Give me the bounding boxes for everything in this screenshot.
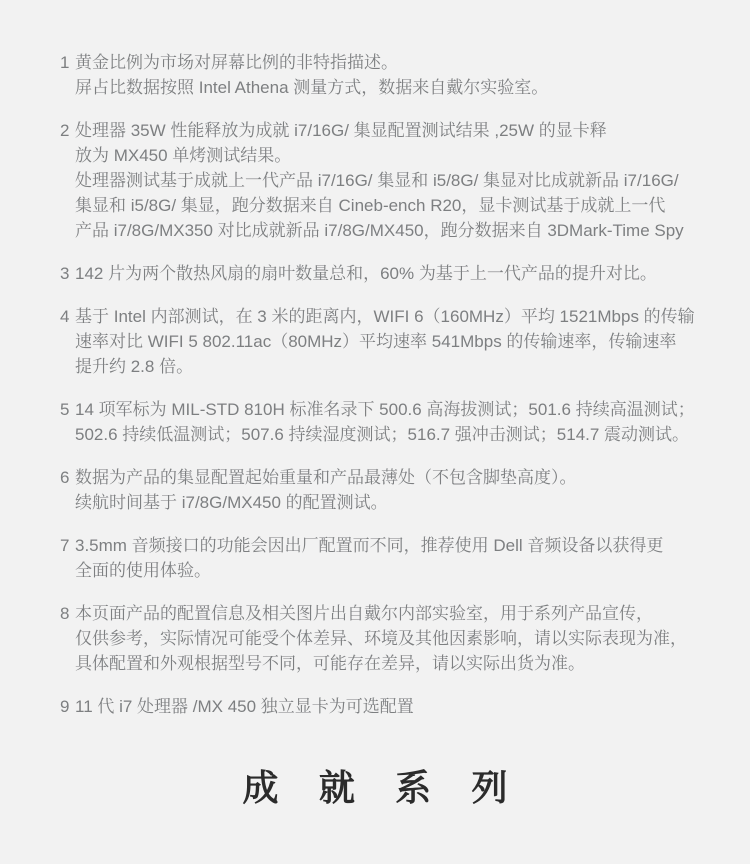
footnote-number: 6 [60,465,75,490]
footnote-line: 502.6 持续低温测试；507.6 持续湿度测试；516.7 强冲击测试；51… [75,422,732,447]
footnote-text: 基于 Intel 内部测试，在 3 米的距离内，WIFI 6（160MHz）平均… [75,304,732,379]
footnote-number: 4 [60,304,75,329]
footnote-number: 7 [60,533,75,558]
footnote-line: 具体配置和外观根据型号不同，可能存在差异，请以实际出货为准。 [75,651,732,676]
footnote-number: 5 [60,397,75,422]
footnote-item-8: 8 本页面产品的配置信息及相关图片出自戴尔内部实验室，用于系列产品宣传， 仅供参… [60,601,732,676]
footnote-item-5: 5 14 项军标为 MIL-STD 810H 标准名录下 500.6 高海拔测试… [60,397,732,447]
footnote-item-7: 7 3.5mm 音频接口的功能会因出厂配置而不同，推荐使用 Dell 音频设备以… [60,533,732,583]
footnote-text: 数据为产品的集显配置起始重量和产品最薄处（不包含脚垫高度）。 续航时间基于 i7… [75,465,732,515]
footnote-text: 142 片为两个散热风扇的扇叶数量总和，60% 为基于上一代产品的提升对比。 [75,261,732,286]
footnote-line: 3.5mm 音频接口的功能会因出厂配置而不同，推荐使用 Dell 音频设备以获得… [75,533,732,558]
footnote-line: 速率对比 WIFI 5 802.11ac（80MHz）平均速率 541Mbps … [75,329,732,354]
footnote-number: 1 [60,50,75,75]
footnote-line: 142 片为两个散热风扇的扇叶数量总和，60% 为基于上一代产品的提升对比。 [75,261,732,286]
footnote-line: 处理器 35W 性能释放为成就 i7/16G/ 集显配置测试结果 ,25W 的显… [75,118,732,143]
footnote-text: 3.5mm 音频接口的功能会因出厂配置而不同，推荐使用 Dell 音频设备以获得… [75,533,732,583]
footnote-line: 处理器测试基于成就上一代产品 i7/16G/ 集显和 i5/8G/ 集显对比成就… [75,168,732,193]
footnote-line: 产品 i7/8G/MX350 对比成就新品 i7/8G/MX450，跑分数据来自… [75,218,732,243]
footnote-text: 11 代 i7 处理器 /MX 450 独立显卡为可选配置 [75,694,732,719]
footnote-number: 2 [60,118,75,143]
footnote-item-9: 9 11 代 i7 处理器 /MX 450 独立显卡为可选配置 [60,694,732,719]
footnote-text: 本页面产品的配置信息及相关图片出自戴尔内部实验室，用于系列产品宣传， 仅供参考，… [75,601,732,676]
footnote-item-3: 3 142 片为两个散热风扇的扇叶数量总和，60% 为基于上一代产品的提升对比。 [60,261,732,286]
footnote-line: 11 代 i7 处理器 /MX 450 独立显卡为可选配置 [75,694,732,719]
footnote-line: 屏占比数据按照 Intel Athena 测量方式，数据来自戴尔实验室。 [75,75,732,100]
footnote-line: 续航时间基于 i7/8G/MX450 的配置测试。 [75,490,732,515]
footnote-line: 仅供参考，实际情况可能受个体差异、环境及其他因素影响，请以实际表现为准， [75,626,732,651]
footnote-line: 黄金比例为市场对屏幕比例的非特指描述。 [75,50,732,75]
footnote-item-1: 1 黄金比例为市场对屏幕比例的非特指描述。 屏占比数据按照 Intel Athe… [60,50,732,100]
footnote-number: 9 [60,694,75,719]
footnote-number: 3 [60,261,75,286]
footnote-text: 14 项军标为 MIL-STD 810H 标准名录下 500.6 高海拔测试；5… [75,397,732,447]
footnote-text: 黄金比例为市场对屏幕比例的非特指描述。 屏占比数据按照 Intel Athena… [75,50,732,100]
footnote-line: 本页面产品的配置信息及相关图片出自戴尔内部实验室，用于系列产品宣传， [75,601,732,626]
footnote-item-4: 4 基于 Intel 内部测试，在 3 米的距离内，WIFI 6（160MHz）… [60,304,732,379]
footnote-line: 提升约 2.8 倍。 [75,354,732,379]
footnote-item-2: 2 处理器 35W 性能释放为成就 i7/16G/ 集显配置测试结果 ,25W … [60,118,732,243]
footnote-line: 放为 MX450 单烤测试结果。 [75,143,732,168]
product-footnotes-page: 1 黄金比例为市场对屏幕比例的非特指描述。 屏占比数据按照 Intel Athe… [0,0,750,864]
footnote-number: 8 [60,601,75,626]
footnote-line: 全面的使用体验。 [75,558,732,583]
footnote-line: 基于 Intel 内部测试，在 3 米的距离内，WIFI 6（160MHz）平均… [75,304,732,329]
footnotes-section: 1 黄金比例为市场对屏幕比例的非特指描述。 屏占比数据按照 Intel Athe… [0,0,750,719]
series-title: 成就系列 [0,769,750,807]
footnote-line: 14 项军标为 MIL-STD 810H 标准名录下 500.6 高海拔测试；5… [75,397,732,422]
footnote-item-6: 6 数据为产品的集显配置起始重量和产品最薄处（不包含脚垫高度）。 续航时间基于 … [60,465,732,515]
footnote-line: 数据为产品的集显配置起始重量和产品最薄处（不包含脚垫高度）。 [75,465,732,490]
footnote-line: 集显和 i5/8G/ 集显，跑分数据来自 Cineb-ench R20，显卡测试… [75,193,732,218]
footnote-text: 处理器 35W 性能释放为成就 i7/16G/ 集显配置测试结果 ,25W 的显… [75,118,732,243]
